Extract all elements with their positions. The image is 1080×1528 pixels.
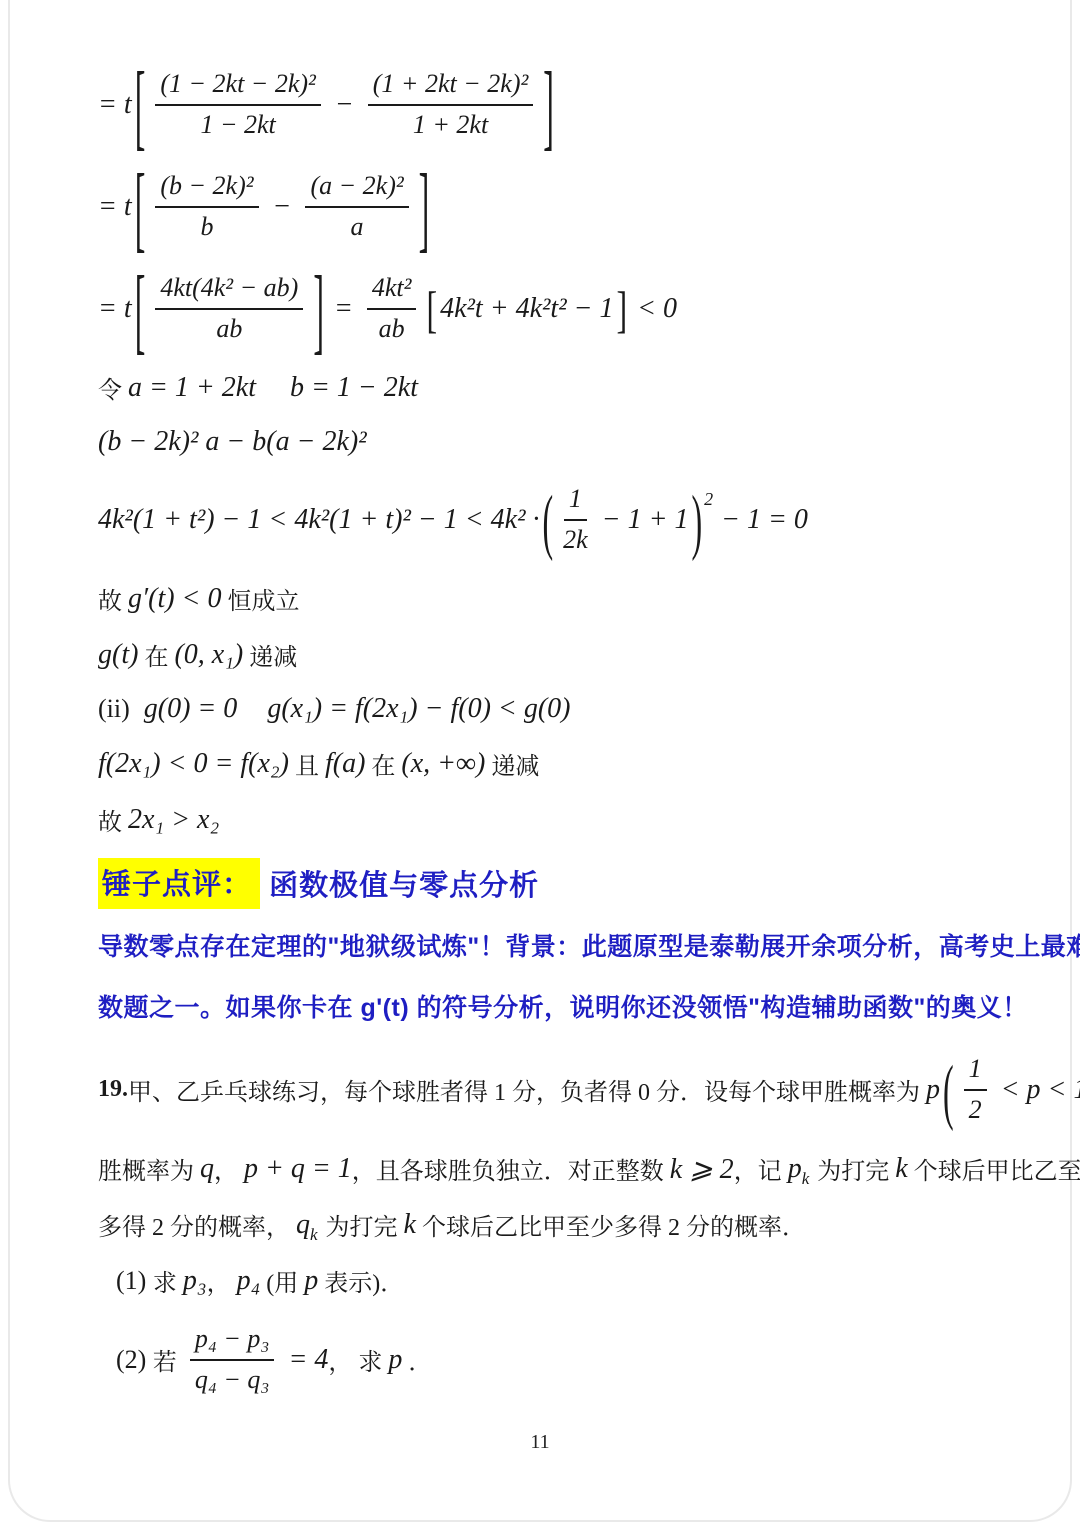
equation-line-4: 令 a = 1 + 2ktb = 1 − 2kt: [98, 370, 998, 405]
text: ，且各球胜负独立．对正整数: [352, 1151, 670, 1186]
text: 甲、乙乒乓球练习，每个球胜者得 1 分，负者得 0 分．设每个球甲胜概率为: [128, 1072, 926, 1107]
fraction-denominator: a: [351, 208, 364, 244]
problem-19-line-1: 19.甲、乙乒乓球练习，每个球胜者得 1 分，负者得 0 分．设每个球甲胜概率为…: [98, 1049, 998, 1130]
equation-line-2: = t[(b − 2k)²b − (a − 2k)²a]: [98, 166, 998, 247]
math-text: p₄: [237, 1265, 261, 1297]
text: ，: [207, 1263, 237, 1298]
stretch-bracket: [: [135, 159, 146, 255]
text: ，记: [734, 1151, 788, 1186]
math-text: p + q = 1: [244, 1153, 352, 1185]
text-bold: 19.: [98, 1076, 128, 1103]
equation-line-5: (b − 2k)² a − b(a − 2k)²: [98, 426, 998, 458]
fraction-numerator: 4kt²: [367, 272, 417, 310]
text: 胜概率为: [98, 1151, 200, 1186]
stretch-bracket: ]: [313, 261, 324, 357]
math-text: p: [788, 1153, 802, 1185]
fraction-denominator: ab: [216, 310, 242, 346]
math-text: = t: [98, 191, 132, 223]
text: 表示)．: [318, 1263, 404, 1298]
stretch-bracket: (: [542, 483, 553, 557]
fraction-denominator: ab: [379, 310, 405, 346]
math-text: − 1 = 0: [714, 504, 808, 536]
text: 函数极值与零点分析: [260, 863, 539, 904]
math-text: (x, +∞): [401, 748, 485, 780]
fraction-denominator: 1 + 2kt: [413, 106, 488, 142]
text: 令: [98, 370, 128, 405]
math-text: − 1 + 1: [595, 504, 689, 536]
text: 多得 2 分的概率，: [98, 1207, 296, 1242]
text: 求: [153, 1263, 183, 1298]
fraction-denominator: 2k: [563, 521, 588, 557]
fraction-numerator: p₄ − p₃: [190, 1323, 275, 1361]
fraction: 12: [964, 1053, 987, 1126]
equation-line-7: 故 g′(t) < 0 恒成立: [98, 581, 998, 616]
math-text: =: [327, 293, 360, 325]
math-text: k: [404, 1209, 416, 1241]
equation-line-3: = t[4kt(4k² − ab)ab] = 4kt²ab[4k²t + 4k²…: [98, 268, 998, 349]
math-text: g(x₁) = f(2x₁) − f(0) < g(0): [267, 693, 570, 725]
text: 故: [98, 581, 128, 616]
fraction-denominator: q₄ − q₃: [195, 1361, 270, 1397]
math-text: −: [328, 89, 361, 121]
math-text: −: [266, 191, 299, 223]
stretch-bracket: ]: [543, 57, 554, 153]
math-text: = t: [98, 89, 132, 121]
fraction: 4kt(4k² − ab)ab: [155, 272, 303, 345]
math-text: f(a): [325, 748, 365, 780]
comment-title: 锤子点评： 函数极值与零点分析: [98, 858, 998, 909]
math-text: q: [296, 1209, 310, 1241]
equation-line-6: 4k²(1 + t²) − 1 < 4k²(1 + t)² − 1 < 4k² …: [98, 479, 998, 560]
text: 故: [98, 802, 128, 837]
math-text: 4k²t + 4k²t² − 1: [440, 293, 613, 325]
text: 为打完: [811, 1151, 895, 1186]
math-text: < 0: [630, 293, 677, 325]
text: 个球后甲比乙至少: [908, 1151, 1080, 1186]
text: (ii): [98, 694, 130, 724]
page-number: 11: [0, 1431, 1080, 1454]
math-text: = t: [98, 293, 132, 325]
text: 导数零点存在定理的"地狱级试炼"！背景：此题原型是泰勒展开余项分析，高考史上最难…: [98, 927, 1080, 963]
text: ，: [214, 1151, 244, 1186]
fraction: (1 + 2kt − 2k)²1 + 2kt: [368, 68, 534, 141]
fraction-numerator: 4kt(4k² − ab): [155, 272, 303, 310]
stretch-bracket: [: [426, 283, 437, 334]
math-text: (0, x₁): [174, 639, 243, 671]
math-text: b = 1 − 2kt: [290, 372, 418, 404]
stretch-bracket: ]: [616, 283, 627, 334]
fraction-denominator: b: [200, 208, 213, 244]
fraction: (a − 2k)²a: [305, 170, 408, 243]
equation-line-10: f(2x₁) < 0 = f(x₂) 且 f(a) 在 (x, +∞) 递减: [98, 746, 998, 781]
fraction-numerator: (1 + 2kt − 2k)²: [368, 68, 534, 106]
math-text: k ⩾ 2: [670, 1152, 734, 1186]
text: 递减: [485, 746, 539, 781]
fraction-numerator: 1: [564, 483, 587, 521]
comment-body-line-1: 导数零点存在定理的"地狱级试炼"！背景：此题原型是泰勒展开余项分析，高考史上最难…: [98, 927, 998, 963]
subscript: k: [802, 1169, 810, 1189]
subscript: k: [310, 1225, 318, 1245]
text: (2): [116, 1345, 153, 1375]
math-text: p₃: [183, 1265, 207, 1297]
math-text: q: [200, 1153, 214, 1185]
fraction: 4kt²ab: [367, 272, 417, 345]
fraction-denominator: 2: [969, 1091, 982, 1127]
text: 递减: [243, 637, 297, 672]
problem-19-line-3: 多得 2 分的概率， qk 为打完 k 个球后乙比甲至少多得 2 分的概率．: [98, 1207, 998, 1242]
math-text: p: [926, 1074, 940, 1106]
equation-line-11: 故 2x₁ > x₂: [98, 802, 998, 837]
fraction-numerator: (1 − 2kt − 2k)²: [155, 68, 321, 106]
math-text: a = 1 + 2kt: [128, 372, 256, 404]
text: 数题之一。如果你卡在 g'(t) 的符号分析，说明你还没领悟"构造辅助函数"的奥…: [98, 988, 1028, 1024]
math-text: 4k²(1 + t²) − 1 < 4k²(1 + t)² − 1 < 4k² …: [98, 504, 539, 536]
math-text: g(0) = 0: [144, 693, 238, 725]
text: 为打完: [320, 1207, 404, 1242]
superscript: 2: [704, 489, 713, 510]
text: ， 求: [328, 1342, 388, 1377]
stretch-bracket: [: [135, 57, 146, 153]
text: 若: [153, 1342, 183, 1377]
text: (1): [116, 1266, 153, 1296]
text: 在: [138, 637, 174, 672]
fraction-denominator: 1 − 2kt: [200, 106, 275, 142]
equation-line-1: = t[(1 − 2kt − 2k)²1 − 2kt − (1 + 2kt − …: [98, 64, 998, 145]
math-text: k: [895, 1153, 907, 1185]
text: 且: [289, 746, 325, 781]
text: (用: [260, 1263, 304, 1298]
math-text: < p < 1: [994, 1074, 1080, 1106]
text: 锤子点评：: [98, 858, 260, 909]
problem-19-item-1: (1) 求 p₃， p₄ (用 p 表示)．: [98, 1263, 998, 1298]
text: 恒成立: [221, 581, 299, 616]
stretch-bracket: [: [135, 261, 146, 357]
equation-line-8: g(t) 在 (0, x₁) 递减: [98, 637, 998, 672]
fraction: (b − 2k)²b: [155, 170, 258, 243]
fraction: 12k: [563, 483, 588, 556]
stretch-bracket: (: [943, 1053, 954, 1127]
math-text: (b − 2k)² a − b(a − 2k)²: [98, 426, 367, 458]
math-text: f(2x₁) < 0 = f(x₂): [98, 748, 289, 780]
problem-19-item-2: (2) 若 p₄ − p₃q₄ − q₃ = 4， 求 p ．: [98, 1319, 998, 1400]
math-text: g(t): [98, 639, 138, 671]
comment-body-line-2: 数题之一。如果你卡在 g'(t) 的符号分析，说明你还没领悟"构造辅助函数"的奥…: [98, 988, 998, 1024]
math-text: 2x₁ > x₂: [128, 804, 219, 836]
stretch-bracket: ]: [419, 159, 430, 255]
problem-19-line-2: 胜概率为 q， p + q = 1，且各球胜负独立．对正整数 k ⩾ 2，记 p…: [98, 1151, 998, 1186]
document-page: = t[(1 − 2kt − 2k)²1 − 2kt − (1 + 2kt − …: [0, 0, 1080, 1528]
math-text: p: [388, 1344, 402, 1376]
text: 个球后乙比甲至少多得 2 分的概率．: [416, 1207, 806, 1242]
stretch-bracket: ): [691, 483, 702, 557]
math-text: = 4: [281, 1344, 328, 1376]
fraction-numerator: (b − 2k)²: [155, 170, 258, 208]
content-lines: = t[(1 − 2kt − 2k)²1 − 2kt − (1 + 2kt − …: [98, 64, 998, 1421]
fraction-numerator: (a − 2k)²: [305, 170, 408, 208]
math-text: g′(t) < 0: [128, 583, 221, 615]
fraction: (1 − 2kt − 2k)²1 − 2kt: [155, 68, 321, 141]
math-text: p: [304, 1265, 318, 1297]
fraction-numerator: 1: [964, 1053, 987, 1091]
text: ．: [402, 1342, 432, 1377]
fraction: p₄ − p₃q₄ − q₃: [190, 1323, 275, 1396]
text: 在: [365, 746, 401, 781]
equation-line-9: (ii)g(0) = 0g(x₁) = f(2x₁) − f(0) < g(0): [98, 693, 998, 725]
